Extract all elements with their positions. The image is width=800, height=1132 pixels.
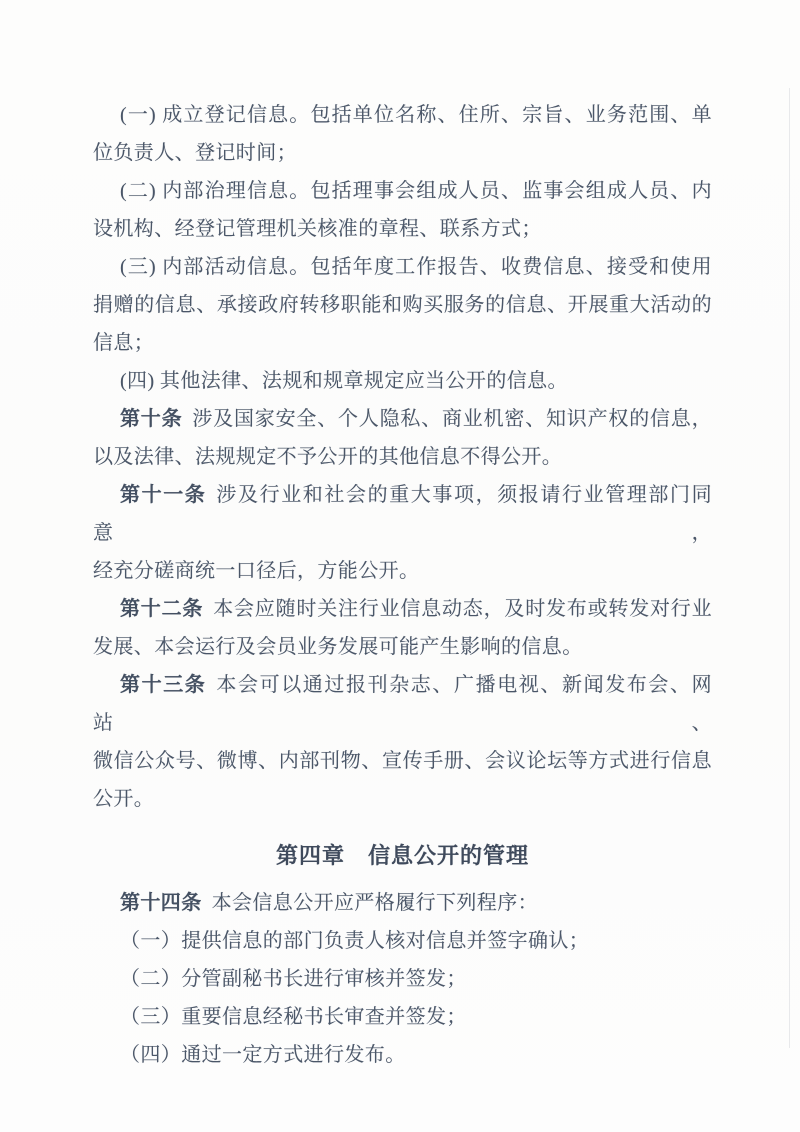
line-text: （二）分管副秘书长进行审核并签发；: [120, 968, 467, 990]
document-page: (一) 成立登记信息。包括单位名称、住所、宗旨、业务范围、单位负责人、登记时间；…: [0, 0, 800, 1132]
line-text: 经充分磋商统一口径后，方能公开。: [93, 560, 419, 582]
line-text: 以及法律、法规规定不予公开的其他信息不得公开。: [93, 446, 562, 468]
document-line: 第十条涉及国家安全、个人隐私、商业机密、知识产权的信息，: [93, 400, 712, 438]
clause-number: 第十一条: [120, 484, 206, 506]
line-text: (四) 其他法律、法规和规章规定应当公开的信息。: [120, 370, 568, 392]
document-body: (一) 成立登记信息。包括单位名称、住所、宗旨、业务范围、单位负责人、登记时间；…: [93, 96, 712, 1074]
document-line: （四）通过一定方式进行发布。: [93, 1036, 712, 1074]
document-line: (四) 其他法律、法规和规章规定应当公开的信息。: [93, 362, 712, 400]
line-text: （四）通过一定方式进行发布。: [120, 1044, 406, 1066]
chapter-heading: 第四章 信息公开的管理: [93, 838, 712, 876]
document-line: 设机构、经登记管理机关核准的章程、联系方式；: [93, 210, 712, 248]
clause-number: 第十四条: [120, 892, 202, 914]
document-line: 捐赠的信息、承接政府转移职能和购买服务的信息、开展重大活动的: [93, 286, 712, 324]
document-line: 微信公众号、微博、内部刊物、宣传手册、会议论坛等方式进行信息: [93, 742, 712, 780]
document-line: 第十二条本会应随时关注行业信息动态，及时发布或转发对行业: [93, 590, 712, 628]
document-line: 第十一条涉及行业和社会的重大事项，须报请行业管理部门同意，: [93, 476, 712, 552]
document-line: 以及法律、法规规定不予公开的其他信息不得公开。: [93, 438, 712, 476]
line-text: (一) 成立登记信息。包括单位名称、住所、宗旨、业务范围、单: [120, 104, 712, 126]
line-text: 位负责人、登记时间；: [93, 142, 297, 164]
clause-number: 第十条: [120, 408, 182, 430]
document-line: 位负责人、登记时间；: [93, 134, 712, 172]
line-text: 本会应随时关注行业信息动态，及时发布或转发对行业: [213, 598, 712, 620]
document-line: 经充分磋商统一口径后，方能公开。: [93, 552, 712, 590]
clause-number: 第十三条: [120, 674, 206, 696]
document-line: 发展、本会运行及会员业务发展可能产生影响的信息。: [93, 628, 712, 666]
line-text: 第四章 信息公开的管理: [276, 844, 529, 869]
clause-number: 第十二条: [120, 598, 203, 620]
line-text: 发展、本会运行及会员业务发展可能产生影响的信息。: [93, 636, 583, 658]
line-text: 微信公众号、微博、内部刊物、宣传手册、会议论坛等方式进行信息: [93, 750, 712, 772]
scan-edge-artifact: [789, 88, 790, 1048]
line-text: （三）重要信息经秘书长审查并签发；: [120, 1006, 467, 1028]
line-text: 本会信息公开应严格履行下列程序：: [212, 892, 538, 914]
document-line: (一) 成立登记信息。包括单位名称、住所、宗旨、业务范围、单: [93, 96, 712, 134]
document-line: （二）分管副秘书长进行审核并签发；: [93, 960, 712, 998]
line-text: 信息；: [93, 332, 154, 354]
document-line: 信息；: [93, 324, 712, 362]
document-line: （三）重要信息经秘书长审查并签发；: [93, 998, 712, 1036]
line-text: （一）提供信息的部门负责人核对信息并签字确认；: [120, 930, 589, 952]
document-line: 第十四条本会信息公开应严格履行下列程序：: [93, 884, 712, 922]
line-text: (二) 内部治理信息。包括理事会组成人员、监事会组成人员、内: [120, 180, 712, 202]
document-line: 公开。: [93, 780, 712, 818]
line-text: 捐赠的信息、承接政府转移职能和购买服务的信息、开展重大活动的: [93, 294, 712, 316]
document-line: (三) 内部活动信息。包括年度工作报告、收费信息、接受和使用: [93, 248, 712, 286]
document-line: (二) 内部治理信息。包括理事会组成人员、监事会组成人员、内: [93, 172, 712, 210]
document-line: 第十三条本会可以通过报刊杂志、广播电视、新闻发布会、网站、: [93, 666, 712, 742]
line-text: 设机构、经登记管理机关核准的章程、联系方式；: [93, 218, 542, 240]
line-text: (三) 内部活动信息。包括年度工作报告、收费信息、接受和使用: [120, 256, 712, 278]
line-text: 公开。: [93, 788, 154, 810]
line-text: 涉及国家安全、个人隐私、商业机密、知识产权的信息，: [192, 408, 712, 430]
document-line: （一）提供信息的部门负责人核对信息并签字确认；: [93, 922, 712, 960]
